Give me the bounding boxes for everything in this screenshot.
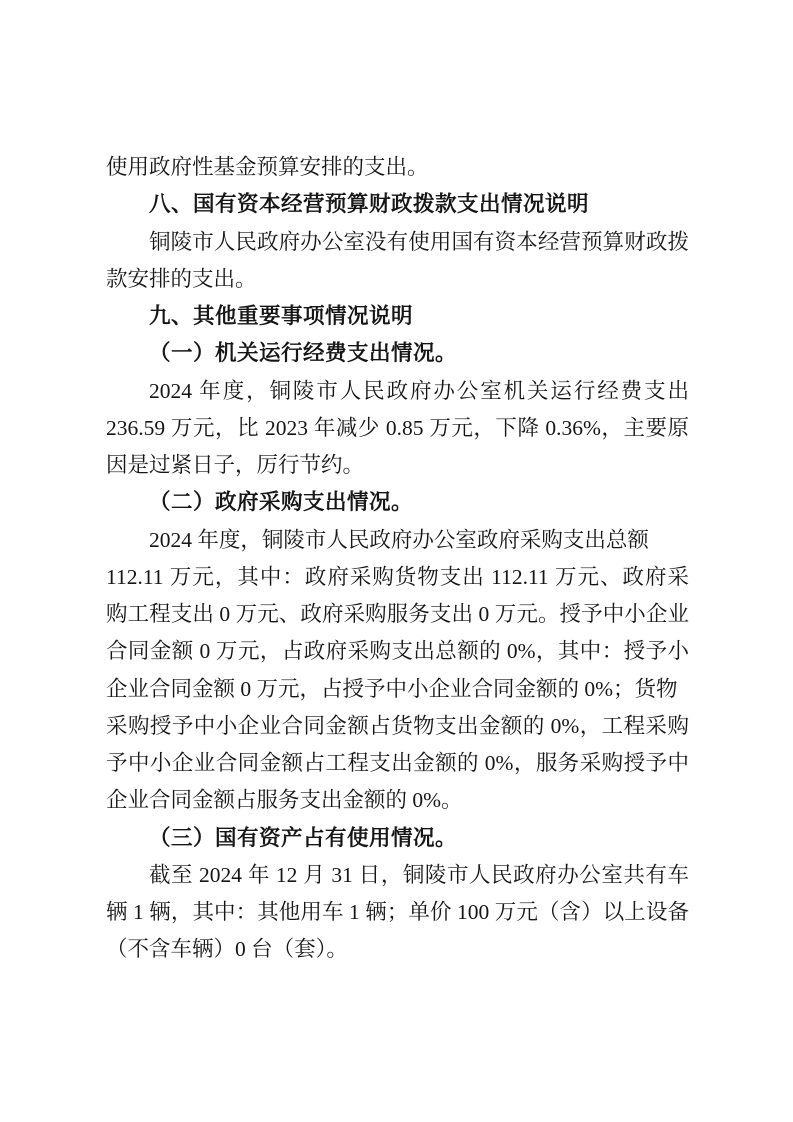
text-line: 112.11 万元，其中：政府采购货物支出 112.11 万元、政府采	[106, 559, 689, 596]
text-line: 采购授予中小企业合同金额占货物支出金额的 0%，工程采购授	[106, 708, 689, 745]
text-line: 予中小企业合同金额占工程支出金额的 0%，服务采购授予中小	[106, 745, 689, 782]
text-line: 企业合同金额 0 万元，占授予中小企业合同金额的 0%；货物	[106, 671, 689, 708]
text-line: 辆 1 辆，其中：其他用车 1 辆；单价 100 万元（含）以上设备	[106, 894, 689, 931]
document-body: 使用政府性基金预算安排的支出。八、国有资本经营预算财政拨款支出情况说明铜陵市人民…	[106, 0, 689, 969]
text-line: 企业合同金额占服务支出金额的 0%。	[106, 782, 689, 819]
section-heading: 九、其他重要事项情况说明	[106, 298, 689, 335]
text-line: 铜陵市人民政府办公室没有使用国有资本经营预算财政拨	[106, 224, 689, 261]
text-line: 因是过紧日子，厉行节约。	[106, 447, 689, 484]
text-line: 使用政府性基金预算安排的支出。	[106, 149, 689, 186]
text-line: （不含车辆）0 台（套）。	[106, 931, 689, 968]
text-line: 款安排的支出。	[106, 261, 689, 298]
section-heading: （三）国有资产占有使用情况。	[106, 820, 689, 857]
text-line: 合同金额 0 万元，占政府采购支出总额的 0%，其中：授予小微	[106, 633, 689, 670]
text-line: 2024 年度，铜陵市人民政府办公室政府采购支出总额	[106, 522, 689, 559]
section-heading: 八、国有资本经营预算财政拨款支出情况说明	[106, 186, 689, 223]
text-line: 截至 2024 年 12 月 31 日，铜陵市人民政府办公室共有车	[106, 857, 689, 894]
document-page: 使用政府性基金预算安排的支出。八、国有资本经营预算财政拨款支出情况说明铜陵市人民…	[0, 0, 793, 1122]
section-heading: （一）机关运行经费支出情况。	[106, 335, 689, 372]
section-heading: （二）政府采购支出情况。	[106, 484, 689, 521]
text-line: 购工程支出 0 万元、政府采购服务支出 0 万元。授予中小企业	[106, 596, 689, 633]
text-line: 2024 年度，铜陵市人民政府办公室机关运行经费支出	[106, 373, 689, 410]
text-line: 236.59 万元，比 2023 年减少 0.85 万元，下降 0.36%，主要…	[106, 410, 689, 447]
